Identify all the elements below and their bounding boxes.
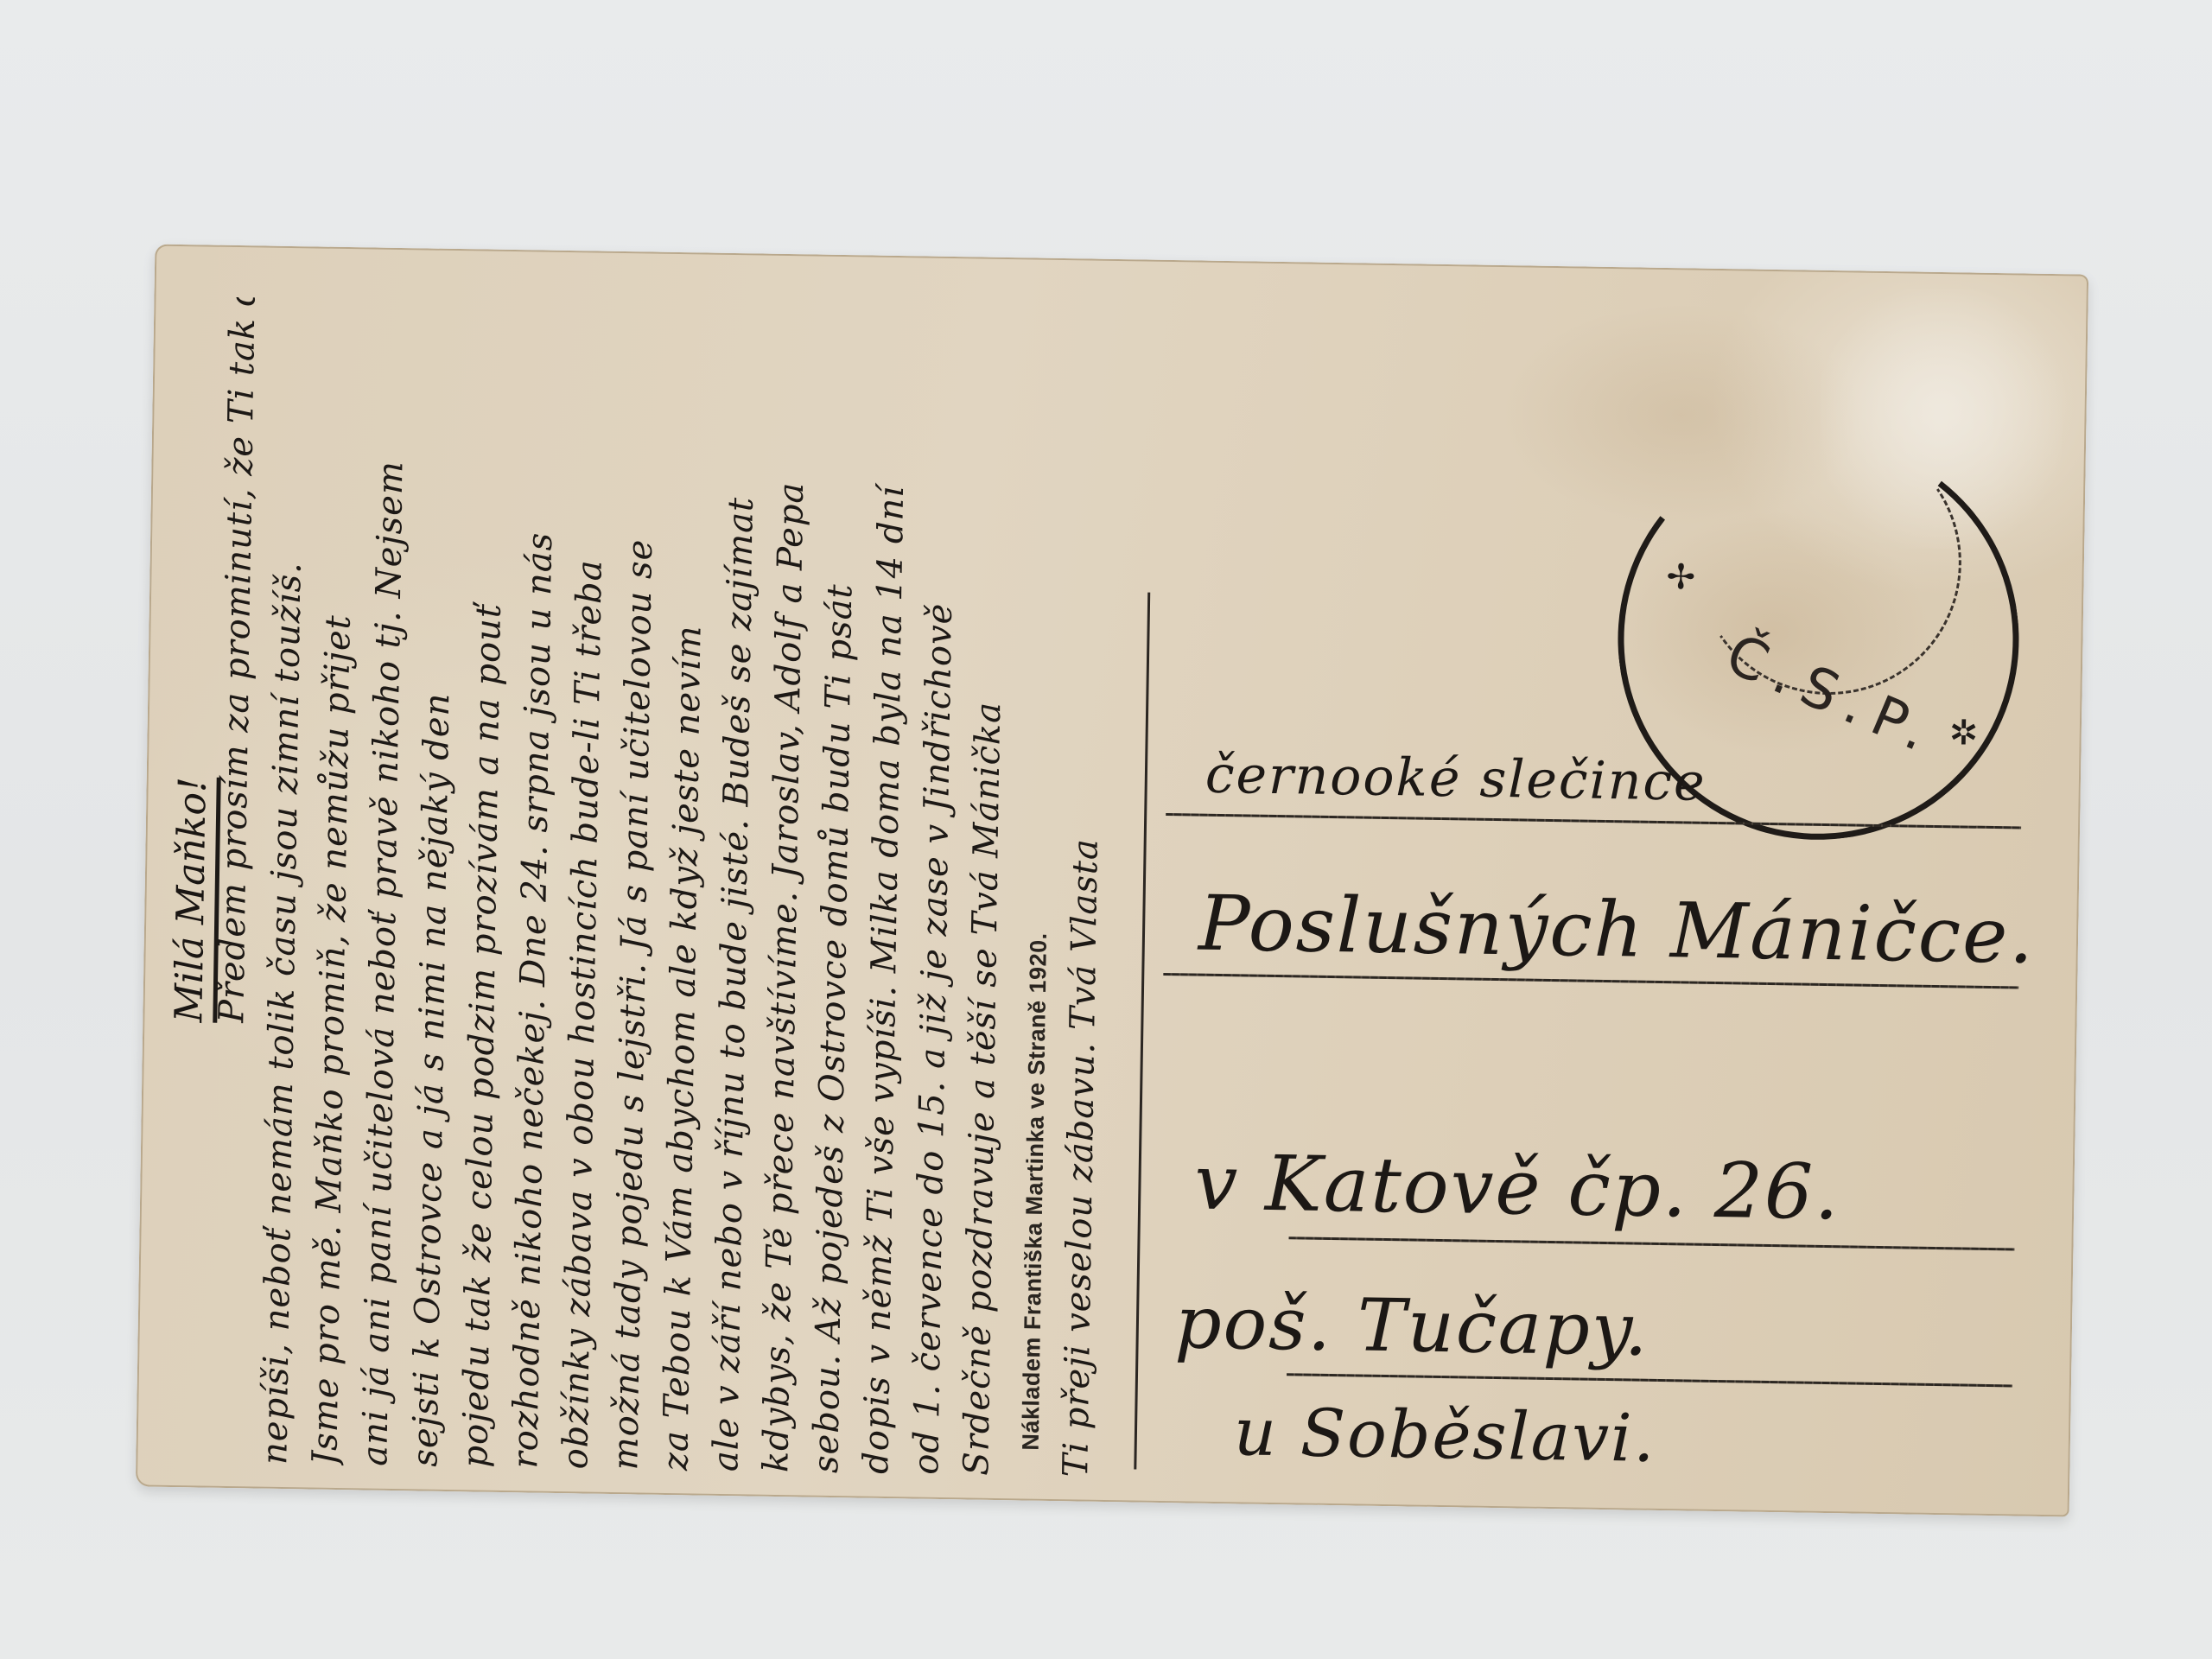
- address-line-district: u Soběslavi.: [1233, 1393, 1656, 1477]
- message-line: obžínky zábava v obou hostincích bude-li…: [556, 302, 613, 1470]
- publisher-imprint: Nákladem Františka Martinka ve Straně 19…: [1018, 932, 1052, 1451]
- message-line: od 1. července do 15. a již je zase v Ji…: [906, 308, 964, 1476]
- message-line: nepíši, neboť nemám tolik času jsou zimn…: [255, 298, 313, 1465]
- message-line: sejsti k Ostrovce a já s nimi na nějaký …: [405, 300, 463, 1467]
- message-line: kdybys, že Tě přece navštívíme. Jaroslav…: [756, 306, 814, 1473]
- postcard: Č.S.P. ✢ ✲ černooké slečince Poslušných …: [136, 245, 2088, 1517]
- message-line: Jsme pro mě. Maňko promiň, že nemůžu při…: [305, 299, 363, 1466]
- message-line: sebou. Až pojedeš z Ostrovce domů budu T…: [806, 307, 864, 1474]
- address-line-village: v Katově čp. 26.: [1194, 1138, 1841, 1237]
- message-line: Ti přeji veselou zábavu. Tvá Vlasta: [1056, 310, 1114, 1478]
- message-line: dopis v němž Ti vše vypíši. Milka doma b…: [856, 308, 914, 1475]
- message-area: Milá Maňko! Předem prosím za prominutí, …: [153, 279, 1148, 1487]
- message-line: ani já ani paní učitelová neboť pravě ni…: [355, 299, 413, 1466]
- message-line: ale v září nebo v říjnu to bude jisté. B…: [706, 305, 764, 1472]
- postmark-star-icon: ✲: [1948, 713, 1978, 753]
- postmark-star-icon: ✢: [1666, 557, 1695, 598]
- address-rule: [1287, 1373, 2012, 1387]
- message-line: rozhodně nikoho nečekej. Dne 24. srpna j…: [505, 302, 563, 1469]
- message-line: Předem prosím za prominutí, že Ti tak dl…: [212, 297, 263, 1024]
- address-line-addressee-name: Poslušných Máničce.: [1198, 879, 2036, 981]
- message-line: Srdečně pozdravuje a těší se Tvá Mánička: [957, 308, 1014, 1476]
- message-line: za Tebou k Vám abychom ale když jeste ne…: [656, 304, 714, 1471]
- address-rule: [1289, 1236, 2015, 1250]
- message-line: pojedu tak že celou podzim prozívám a na…: [455, 301, 513, 1468]
- message-line: možná tady pojedu s lejstři. Já s paní u…: [606, 303, 664, 1471]
- address-line-post-office: poš. Tučapy.: [1174, 1280, 1649, 1372]
- address-line-addressee-descriptor: černooké slečince: [1205, 745, 1707, 813]
